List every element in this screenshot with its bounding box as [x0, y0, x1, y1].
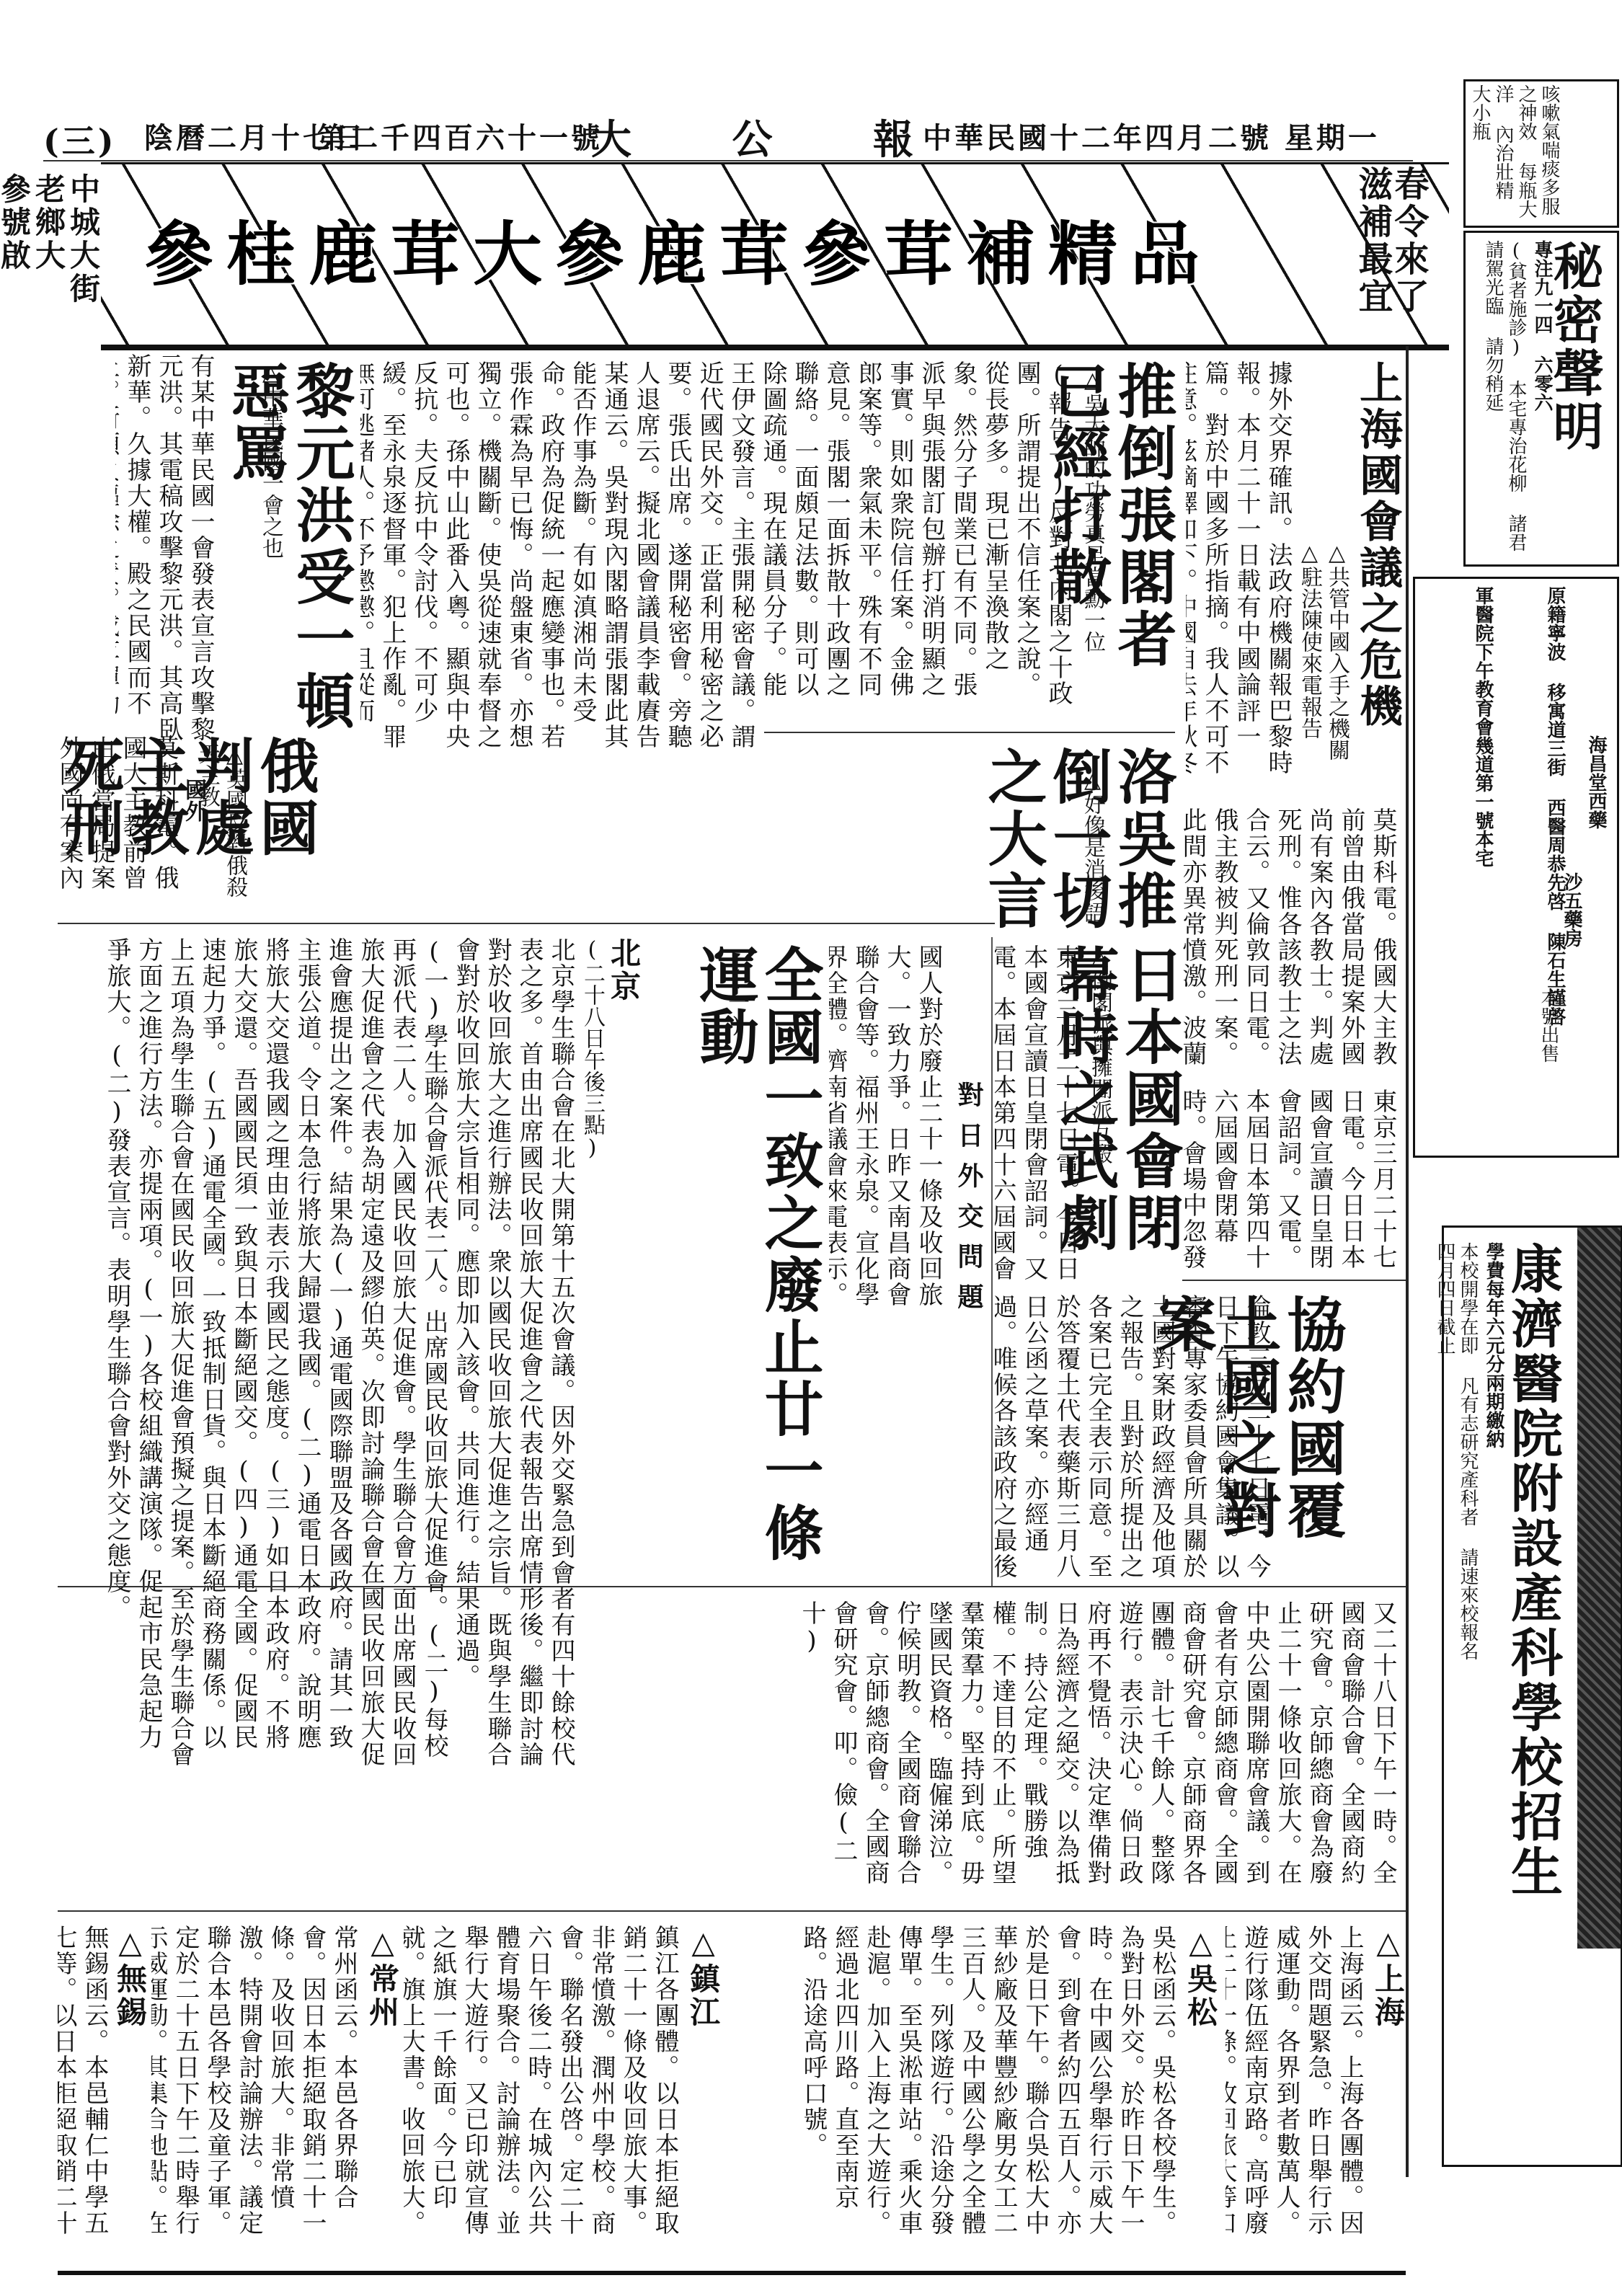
article-body: 莫斯科電。俄國大主教前曾由俄當局提案外國尚有案內各教士。判處死刑。惟各該教士之法… [58, 735, 180, 916]
banner-ad: 參桂鹿茸大參鹿茸參茸補精品 [101, 162, 1449, 349]
paper-name: 大 公 報 [591, 108, 957, 166]
article-body: 常州函云。本邑各界聯合會。因日本拒絕取銷二十一條。及收回旅大。非常憤激。特開會討… [151, 1925, 360, 2256]
article-luo-wu: 王伊文發言。主張開秘密會議。謂近代國民外交。正當利用秘密之必要。張氏出席。遂開秘… [360, 353, 757, 757]
article-body: 王伊文發言。主張開秘密會議。謂近代國民外交。正當利用秘密之必要。張氏出席。遂開秘… [360, 360, 757, 750]
address-line-2: 老鄉大 [30, 173, 66, 272]
headline: 全國一致之廢止廿一條運動 [692, 944, 822, 1586]
subhead: △英國反對俄殺天主教 [193, 743, 248, 916]
masthead: (三) 陰曆二月十七日 第二千四百六十一號 大 公 報 中華民國十二年四月二號 … [0, 108, 1622, 159]
clinic-ad-body: 本校開學在即 凡有志研究產科者 請速來校報名 四月四日截止 [1433, 1242, 1479, 1675]
section-rule [58, 923, 995, 924]
section-rule [764, 732, 1175, 733]
top-right-medicine-ad: 咳嗽氣喘痰多服之神效 每瓶大洋 內治壯精 大小瓶 [1463, 79, 1619, 228]
subhead: △駐法陳使來電報告 [1295, 541, 1323, 739]
pharmacy-ad: 海昌堂西藥 沙五藥房 本號出售 [1535, 728, 1615, 1146]
article-body: 鎮江各團體。以日本拒絕取銷二十一條及收回旅大事。非常憤激。潤州中學校。商會。聯名… [404, 1925, 681, 2256]
headline: △無錫 [112, 1925, 148, 2029]
article-shanghai-parliament: 上海國會議之危機 △共管中國入手之機關 △駐法陳使來電報告 據外交界確訊。法政府… [1182, 353, 1402, 800]
article-shanghai-section: △上海 上海函云。上海各團體。因外交問題緊急。昨日舉行示威運動。各界到者數萬人。… [1226, 1918, 1406, 2264]
article-body: 又二十八日下午一時。全國商會聯合會。全國商約研究會。京師總商會為廢止二十一條收回… [649, 1600, 1399, 1903]
section-rule [58, 1586, 1406, 1587]
headline: △鎮江 [685, 1925, 721, 2029]
secret-statement-side: 專注九一四 六零六 [1530, 240, 1554, 412]
subhead: △吳大帥的功勞真足當勳一位 [1078, 368, 1106, 652]
article-body: 東京三月二十七日電。今日日本國會宣讀日皇閉會詔詞。又電。本屆日本第四十六屆國會閉… [995, 944, 1081, 1305]
article-russia-bishop-continued: 莫斯科電。俄國大主教前曾由俄當局提案外國尚有案內各教士。判處死刑。惟各該教士之法… [1182, 807, 1399, 1081]
headline: 洛吳推倒一切之大言 [980, 746, 1175, 934]
banner-side-2: 滋補最宜 [1348, 166, 1398, 316]
clinic-ad-subtitle: 學費每年六元分兩期繳納 [1482, 1242, 1505, 1448]
left-address-ad: 中城大街 老鄉大 參號啟 [0, 166, 101, 353]
issue-number: 第二千四百六十一號 [317, 115, 603, 156]
article-overthrow-zhang: 推倒張閣者已經打散 △吳大帥的功勞真足當勳一位 (報告一)反對北內閣之十政團。所… [764, 353, 1175, 728]
article-body: 北京學生聯合會在北大開第十五次會議。因外交緊急到會者有四十餘校代表之多。首由出席… [58, 937, 577, 1773]
article-wuxi-section: △無錫 無錫函云。本邑輔仁中學五七等。以日本拒絕取銷二十一條私約。並反對收回旅大… [58, 1918, 148, 2264]
banner-bottom-rule [101, 346, 1449, 350]
clinic-school-ad: 康濟醫院附設產科學校招生 學費每年六元分兩期繳納 本校開學在即 凡有志研究產科者… [1442, 1225, 1622, 2167]
page-bottom-rule [58, 2271, 1406, 2275]
article-body: 倫敦三月二十七日電。今日下午協約國會集議。以審查專家委員會所具關於土國對案財政經… [995, 1294, 1272, 1582]
masthead-rule [43, 160, 1413, 161]
headline: 黎元洪受一頓惡罵 [223, 360, 353, 743]
pharmacy-line-3: 本號出售 [1537, 988, 1560, 1063]
page-number: (三) [43, 115, 117, 163]
pharmacy-line-1: 海昌堂西藥 [1585, 735, 1608, 829]
column-label-japan-diplomacy: 對日外交問題 [951, 1081, 988, 1324]
section-rule [1182, 1280, 1406, 1281]
article-beijing-students: 北京 (二十八日午後三點) 北京學生聯合會在北大開第十五次會議。因外交緊急到會者… [58, 930, 642, 1348]
subhead: (一) [722, 966, 750, 1038]
right-ads-divider [1406, 346, 1409, 2177]
article-commerce-procession: 又二十八日下午一時。全國商會聯合會。全國商約研究會。京師總商會為廢止二十一條收回… [649, 1593, 1399, 1910]
section-label-foreign: 國外 [177, 779, 209, 822]
subhead: (二十八日午後三點) [578, 937, 606, 1161]
pharmacy-line-2: 沙五藥房 [1560, 872, 1583, 947]
article-zhenjiang-section: △鎮江 鎮江各團體。以日本拒絕取銷二十一條及收回旅大事。非常憤激。潤州中學校。商… [404, 1918, 721, 2264]
article-li-yuanhong-body: 有某中華民國一會發表宣言攻擊黎元洪。其電稿攻擊黎元洪。其高臥新華。久據大權。殿之… [115, 353, 216, 743]
article-body: 無錫函云。本邑輔仁中學五七等。以日本拒絕取銷二十一條私約。並反對收回旅大。特於昨… [58, 1925, 110, 2256]
headline: △常州 [364, 1925, 400, 2029]
article-body: 據外交界確訊。法政府機關報巴黎時報。本月二十一日載有中國論評一篇。對於中國多所指… [1186, 360, 1294, 793]
article-body: (報告一)反對北內閣之十政團。所謂提出不信任案之說。從長夢多。現已漸呈渙散之象。… [764, 360, 1074, 721]
medicine-ad-text: 咳嗽氣喘痰多服之神效 每瓶大洋 內治壯精 大小瓶 [1466, 81, 1564, 224]
article-li-yuanhong: 黎元洪受一頓惡罵 △中華民國一會之也 [216, 353, 353, 743]
headline: △吳松 [1182, 1925, 1218, 2029]
article-changzhou-section: △常州 常州函云。本邑各界聯合會。因日本拒絕取銷二十一條。及收回旅大。非常憤激。… [151, 1918, 400, 2264]
date-line: 中華民國十二年四月二號 星期一 [923, 115, 1380, 156]
article-body: 國人對於廢止二十一條及收回旅大。一致力爭。日昨又南昌商會聯合會等。福州王永泉。宣… [829, 944, 944, 1319]
doctor-notice-body-2: 軍醫院下午教育會幾道第一號本宅 [1471, 586, 1494, 947]
article-luo-wu-head: 洛吳推倒一切之大言 △好像是消後語 [764, 739, 1175, 934]
clinic-ad-dark-band [1577, 1228, 1621, 1949]
article-abolish-21: 對日外交問題 國人對於廢止二十一條及收回旅大。一致力爭。日昨又南昌商會聯合會等。… [649, 937, 988, 1586]
article-russia-bishop: 俄國判處主教死刑 △英國反對俄殺天主教 國外 莫斯科電。俄國大主教前曾由俄當局提… [58, 735, 317, 916]
headline: 北京 [606, 937, 642, 1003]
column-divider [991, 937, 993, 1586]
headline: △上海 [1370, 1925, 1406, 2029]
secret-statement-body: (貧者施診) 本宅專治花柳 諸君請駕光臨 請勿稍延 [1481, 240, 1528, 557]
address-line-1: 中城大街 [65, 173, 101, 306]
subhead: △共管中國入手之機關 [1323, 541, 1350, 761]
subhead: △好像是消後語 [1078, 768, 1106, 923]
article-allies-turkey: 協約國覆土國之對案 倫敦三月二十七日電。今日下午協約國會集議。以審查專家委員會所… [995, 1287, 1402, 1590]
section-rule [58, 1910, 1406, 1912]
headline: 上海國會議之危機 [1353, 360, 1402, 730]
subhead: △中華民國一會之也 [257, 360, 284, 559]
article-body: 吳松函云。吳松各校學生。為對日外交。於昨日下午一時。在中國公學舉行示威大會。到會… [728, 1925, 1178, 2256]
article-body: 上海函云。上海各團體。因外交問題緊急。昨日舉行示威運動。各界到者數萬人。遊行隊伍… [1226, 1925, 1365, 2256]
address-line-3: 參號啟 [0, 173, 32, 272]
article-japan-diet: 日本國會閉幕時之武劇 △倒閣派與擁閣派互毆 東京三月二十七日電。今日日本國會宣讀… [995, 937, 1182, 1312]
article-japan-diet-continued: 東京三月二十七日電。今日日本國會宣讀日皇閉會詔詞。又電。本屆日本第四十六屆國會閉… [1182, 1089, 1399, 1276]
article-wusong-section: △吳松 吳松函云。吳松各校學生。為對日外交。於昨日下午一時。在中國公學舉行示威大… [728, 1918, 1218, 2264]
clinic-ad-title: 康濟醫院附設產科學校招生 [1495, 1242, 1570, 1900]
subhead: △倒閣派與擁閣派互毆 [1086, 944, 1113, 1164]
secret-statement-ad: 秘密聲明 專注九一四 六零六 (貧者施診) 本宅專治花柳 諸君請駕光臨 請勿稍延 [1463, 231, 1619, 567]
banner-slogan: 參桂鹿茸大參鹿茸參茸補精品 [101, 164, 1449, 298]
